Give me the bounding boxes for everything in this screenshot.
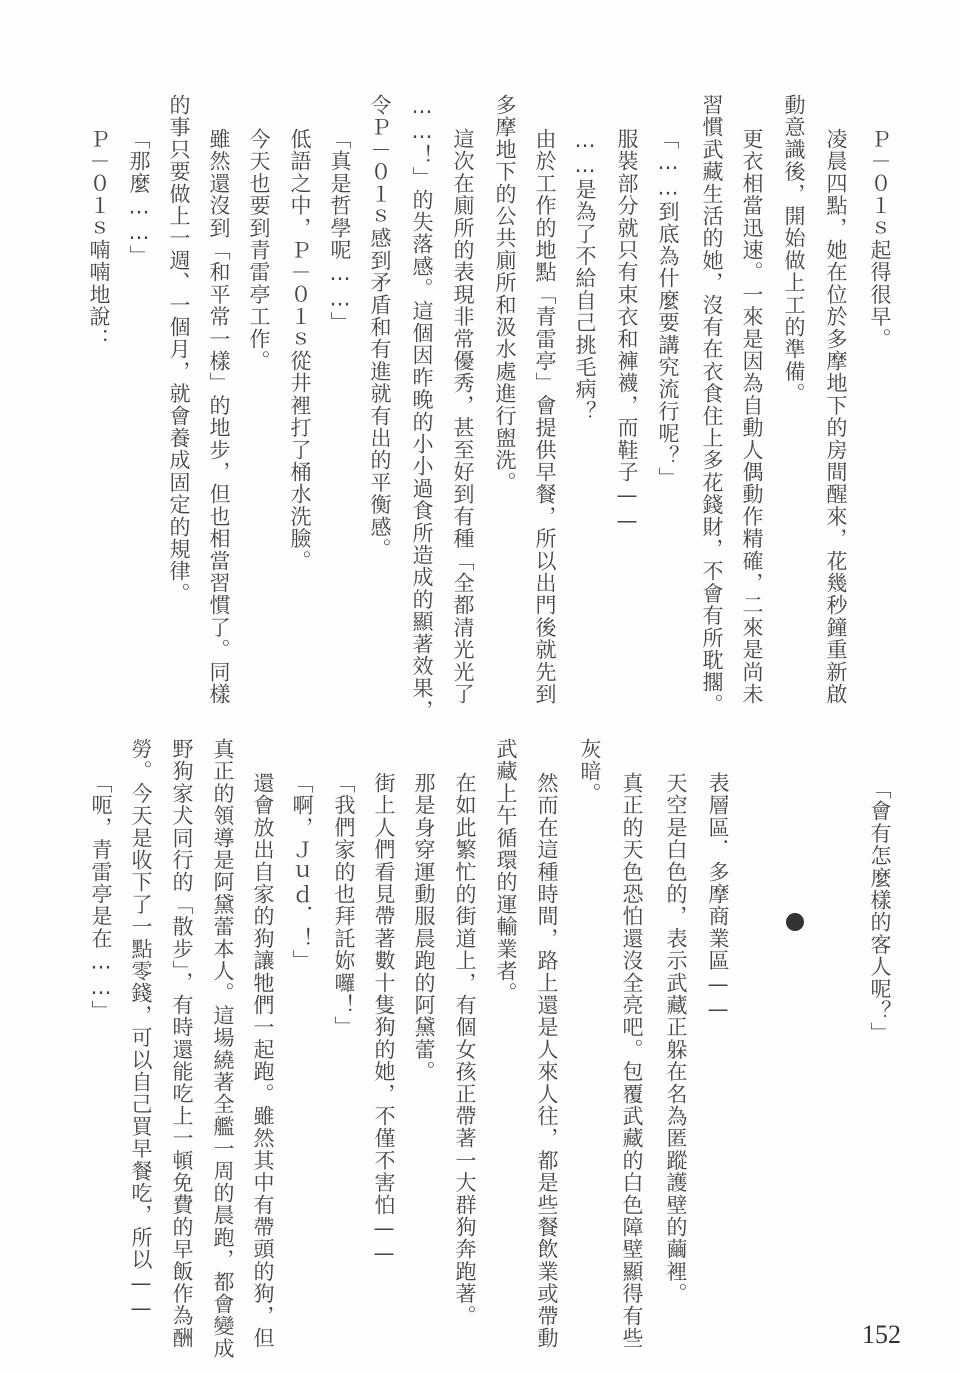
text-column: 習慣武藏生活的她，沒有在衣食住上多花錢財，不會有所耽擱。 (698, 94, 726, 716)
text-column: 「真是哲學呢……」 (326, 128, 354, 334)
text-column: 凌晨四點，她在位於多摩地下的房間醒來，花幾秒鐘重新啟 (822, 128, 850, 705)
section-break-bullet-icon (786, 913, 804, 931)
text-column: 更衣相當迅速。一來是因為自動人偶動作精確，二來是尚未 (738, 128, 766, 705)
text-column: 表層區．多摩商業區—— (704, 772, 732, 1022)
text-column: 野狗家犬同行的「散步」，有時還能吃上一頓免費的早飯作為酬 (168, 738, 196, 1349)
text-column: 「那麼……」 (125, 128, 153, 267)
text-column: ……是為了不給自己挑毛病？ (571, 128, 599, 423)
text-column: Ｐ－０１ｓ起得很早。 (866, 128, 894, 350)
text-column: 真正的領導是阿黛蕾本人。這場繞著全艦一周的晨跑，都會變成 (209, 738, 237, 1360)
text-column: 令Ｐ－０１ｓ感到矛盾和有進就有出的平衡感。 (366, 94, 394, 560)
text-column: Ｐ－０１ｓ喃喃地說： (85, 128, 113, 350)
text-column: 的事只要做上一週、一個月，就會養成固定的規律。 (165, 94, 193, 605)
text-column: 還會放出自家的狗讓牠們一起跑。雖然其中有帶頭的狗，但 (249, 772, 277, 1349)
text-column: 低語之中，Ｐ－０１ｓ從井裡打了桶水洗臉。 (286, 128, 314, 572)
text-column: 這次在廁所的表現非常優秀，甚至好到有種「全都清光光了 (449, 128, 477, 705)
text-column: 「我們家的也拜託妳囉！」 (330, 772, 358, 1038)
text-column: 雖然還沒到「和平常一樣」的地步，但也相當習慣了。同樣 (205, 128, 233, 705)
text-column: 服裝部分就只有束衣和褲襪，而鞋子—— (613, 128, 641, 534)
text-column: 多摩地下的公共廁所和汲水處進行盥洗。 (491, 94, 519, 494)
text-column: 勞。今天是收下了一點零錢，可以自己買早餐吃，所以—— (127, 738, 155, 1321)
text-column: 那是身穿運動服晨跑的阿黛蕾。 (410, 772, 438, 1083)
text-column: 今天也要到青雷亭工作。 (245, 128, 273, 372)
text-column: 動意識後，開始做上工的準備。 (780, 94, 808, 405)
text-column: 「會有怎麼樣的客人呢？」 (866, 778, 894, 1044)
book-page: Ｐ－０１ｓ起得很早。凌晨四點，她在位於多摩地下的房間醒來，花幾秒鐘重新啟動意識後… (0, 0, 960, 1374)
text-column: 在如此繁忙的街道上，有個女孩正帶著一大群狗奔跑著。 (451, 772, 479, 1327)
text-column: ……！」的失落感。這個因昨晚的小小過食所造成的顯著效果， (408, 94, 436, 722)
text-column: 「……到底為什麼要講究流行呢？」 (654, 128, 682, 489)
text-column: 武藏上午循環的運輸業者。 (492, 738, 520, 1004)
text-column: 灰暗。 (576, 738, 604, 805)
page-number: 152 (862, 1320, 901, 1350)
text-column: 「啊，Ｊｕｄ．！」 (288, 772, 316, 972)
text-column: 真正的天色恐怕還沒全亮吧。包覆武藏的白色障壁顯得有些 (618, 772, 646, 1349)
text-column: 「呃，青雷亭是在……」 (87, 772, 115, 1022)
text-column: 街上人們看見帶著數十隻狗的她，不僅不害怕—— (370, 772, 398, 1266)
text-column: 然而在這種時間，路上還是人來人往，都是些餐飲業或帶動 (533, 772, 561, 1349)
text-column: 由於工作的地點「青雷亭」會提供早餐，所以出門後就先到 (531, 128, 559, 705)
text-column: 天空是白色的，表示武藏正躲在名為匿蹤護壁的繭裡。 (662, 772, 690, 1305)
